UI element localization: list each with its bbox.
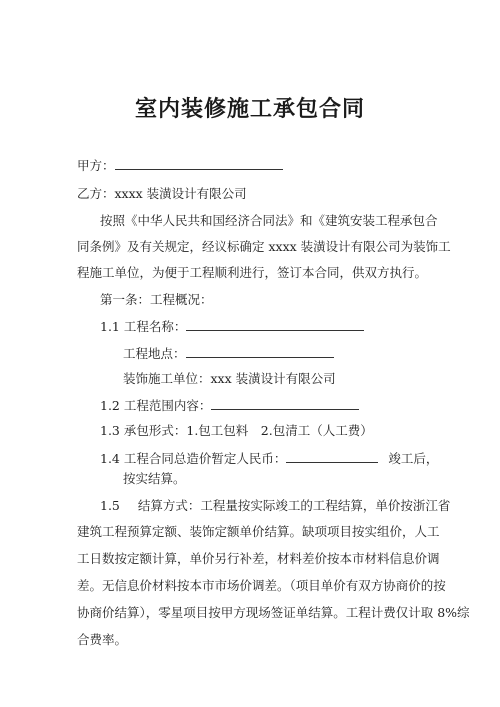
item-1-3-num: 1.3 bbox=[100, 423, 120, 438]
item-1-4-label: 工程合同总造价暂定人民币： bbox=[124, 451, 287, 466]
item-1-5-line-3: 工日数按定额计算，单价另行补差，材料差价按本市材料信息价调 bbox=[77, 551, 440, 567]
item-1-5-num: 1.5 bbox=[100, 498, 120, 513]
item-1-4-num: 1.4 bbox=[100, 451, 120, 466]
document-title: 室内装修施工承包合同 bbox=[0, 92, 500, 123]
item-1-5-line-1: 1.5结算方式：工程量按实际竣工的工程结算，单价按浙江省 bbox=[100, 498, 450, 514]
total-price-blank[interactable] bbox=[286, 450, 378, 463]
location-blank[interactable] bbox=[186, 345, 334, 358]
intro-line-3: 程施工单位，为便于工程顺利进行，签订本合同，供双方执行。 bbox=[77, 265, 427, 281]
item-1-2-num: 1.2 bbox=[100, 398, 120, 413]
location-label: 工程地点： bbox=[123, 346, 186, 361]
contractor: 装饰施工单位：xxx 装潢设计有限公司 bbox=[123, 371, 336, 387]
item-1-5-line-4: 差。无信息价材料按本市市场价调差。（项目单价有双方协商价的按 bbox=[77, 578, 446, 594]
intro-line-2: 同条例》及有关规定，经议标确定 xxxx 装潢设计有限公司为装饰工 bbox=[77, 239, 451, 255]
item-1-5-line-5: 协商价结算），零星项目按甲方现场签证单结算。工程计费仅计取 8%综 bbox=[77, 605, 470, 621]
project-name-blank[interactable] bbox=[186, 318, 364, 331]
item-1-4-cont: 按实结算。 bbox=[123, 471, 186, 487]
item-1-4: 1.4 工程合同总造价暂定人民币：竣工后， bbox=[100, 450, 438, 467]
party-a-label: 甲方： bbox=[77, 158, 115, 173]
party-a-line: 甲方： bbox=[77, 157, 283, 174]
article1-heading: 第一条：工程概况： bbox=[100, 292, 213, 308]
party-a-blank[interactable] bbox=[115, 157, 283, 170]
item-1-1-label: 工程名称： bbox=[124, 319, 187, 334]
item-1-3-text: 承包形式：1.包工包料 2.包清工（人工费） bbox=[124, 423, 373, 438]
item-1-2: 1.2 工程范围内容： bbox=[100, 397, 359, 414]
item-1-5-line-2: 建筑工程预算定额、装饰定额单价结算。缺项项目按实组价，人工 bbox=[77, 524, 440, 540]
location-line: 工程地点： bbox=[123, 345, 334, 362]
item-1-4-after: 竣工后， bbox=[388, 451, 438, 466]
item-1-1-num: 1.1 bbox=[100, 319, 120, 334]
intro-line-1: 按照《中华人民共和国经济合同法》和《建筑安装工程承包合 bbox=[100, 213, 438, 229]
party-b: 乙方：xxxx 装潢设计有限公司 bbox=[77, 186, 247, 202]
item-1-3: 1.3 承包形式：1.包工包料 2.包清工（人工费） bbox=[100, 423, 373, 439]
scope-blank[interactable] bbox=[211, 397, 359, 410]
item-1-1: 1.1 工程名称： bbox=[100, 318, 364, 335]
item-1-5-line-6: 合费率。 bbox=[77, 632, 127, 648]
item-1-2-label: 工程范围内容： bbox=[124, 398, 212, 413]
